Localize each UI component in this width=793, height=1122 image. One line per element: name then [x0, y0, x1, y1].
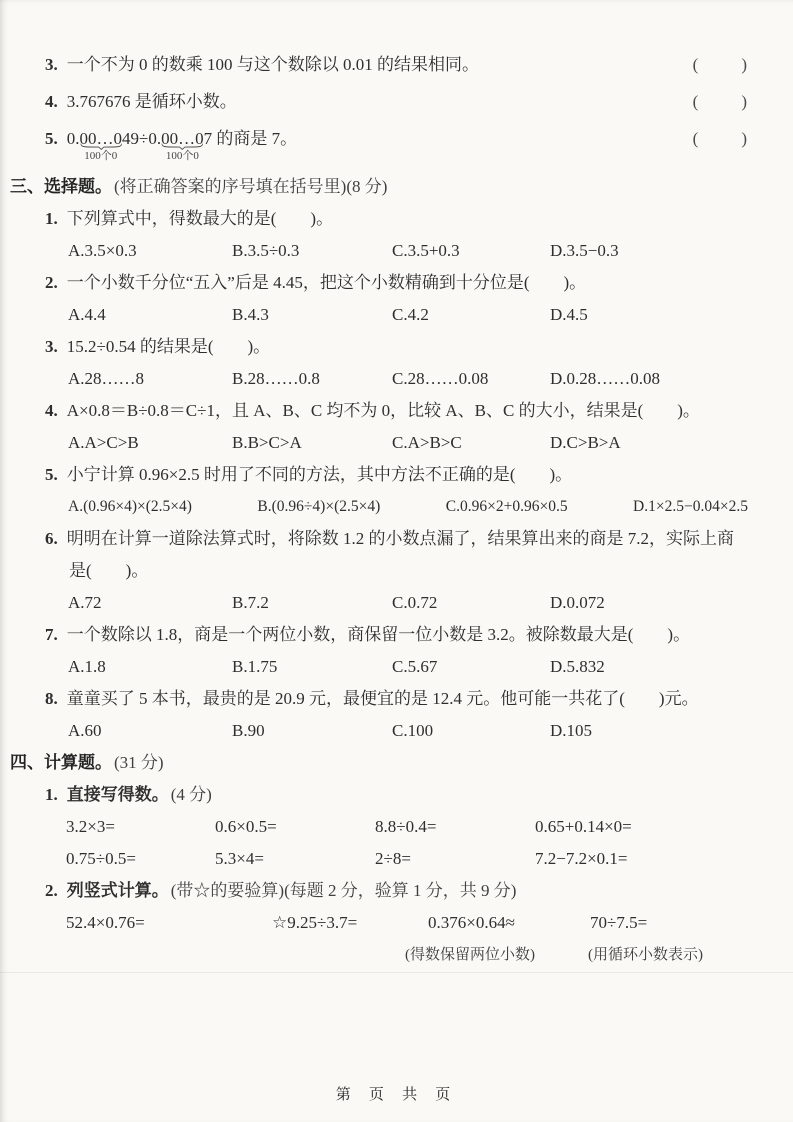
question-number: 4. — [45, 395, 58, 427]
section-heading-choice: 三、选择题。(将正确答案的序号填在括号里)(8 分) — [10, 171, 748, 203]
question-text: 一个不为 0 的数乘 100 与这个数除以 0.01 的结果相同。 — [67, 55, 479, 74]
option-d: D.3.5−0.3 — [550, 235, 748, 267]
option-a: A.4.4 — [68, 299, 232, 331]
question-text: 小宁计算 0.96×2.5 时用了不同的方法，其中方法不正确的是( )。 — [67, 459, 748, 491]
braced-zeros: 00…0100个0 — [161, 120, 204, 157]
option-row: A.60 B.90 C.100 D.105 — [45, 715, 748, 747]
option-a: A.60 — [68, 715, 232, 747]
calc-direct-write: 1. 直接写得数。(4 分) 3.2×3= 0.6×0.5= 8.8÷0.4= … — [45, 779, 748, 875]
option-b: B.1.75 — [232, 651, 392, 683]
calc-vertical: 2. 列竖式计算。(带☆的要验算)(每题 2 分，验算 1 分，共 9 分) 5… — [45, 875, 748, 971]
judge-question-5: 5.0.00…0100个049÷0.00…0100个07 的商是 7。 ( ) — [45, 120, 748, 157]
option-c: C.A>B>C — [392, 427, 550, 459]
option-c: C.4.2 — [392, 299, 550, 331]
underbrace-icon — [80, 143, 123, 150]
expression: 0.6×0.5= — [215, 811, 375, 843]
vertical-annotations-row: (得数保留两位小数) (用循环小数表示) — [45, 939, 748, 971]
option-d: D.105 — [550, 715, 748, 747]
option-a: A.3.5×0.3 — [68, 235, 232, 267]
question-number: 5. — [45, 129, 58, 148]
section-heading-calculation: 四、计算题。(31 分) — [10, 747, 748, 779]
option-row: A.28……8 B.28……0.8 C.28……0.08 D.0.28……0.0… — [45, 363, 748, 395]
question-text: 3.767676 是循环小数。 — [67, 92, 237, 111]
option-d: D.4.5 — [550, 299, 748, 331]
question-label: 直接写得数。 — [67, 785, 169, 804]
option-a: A.A>C>B — [68, 427, 232, 459]
judge-question-3: 3.一个不为 0 的数乘 100 与这个数除以 0.01 的结果相同。 ( ) — [45, 46, 748, 83]
option-d: D.1×2.5−0.04×2.5 — [633, 491, 748, 523]
expression: 52.4×0.76= — [66, 907, 272, 939]
vertical-problems-row: 52.4×0.76= ☆9.25÷3.7= 0.376×0.64≈ 70÷7.5… — [45, 907, 748, 939]
question-text: 童童买了 5 本书，最贵的是 20.9 元，最便宜的是 12.4 元。他可能一共… — [67, 683, 748, 715]
question-text: 0.00…0100个049÷0.00…0100个07 的商是 7。 — [67, 129, 297, 148]
option-row: A.3.5×0.3 B.3.5÷0.3 C.3.5+0.3 D.3.5−0.3 — [45, 235, 748, 267]
question-number: 4. — [45, 92, 58, 111]
option-a: A.72 — [68, 587, 232, 619]
question-text: 一个数除以 1.8，商是一个两位小数，商保留一位小数是 3.2。被除数最大是( … — [67, 619, 748, 651]
braced-zeros: 00…0100个0 — [80, 120, 123, 157]
option-b: B.3.5÷0.3 — [232, 235, 392, 267]
question-number: 2. — [45, 875, 58, 907]
option-d: D.0.28……0.08 — [550, 363, 748, 395]
mc-question-4: 4. A×0.8＝B÷0.8＝C÷1，且 A、B、C 均不为 0，比较 A、B、… — [45, 395, 748, 459]
option-c: C.0.96×2+0.96×0.5 — [446, 491, 568, 523]
option-row: A.1.8 B.1.75 C.5.67 D.5.832 — [45, 651, 748, 683]
mc-question-2: 2. 一个小数千分位“五入”后是 4.45，把这个小数精确到十分位是( )。 A… — [45, 267, 748, 331]
option-row: A.(0.96×4)×(2.5×4) B.(0.96÷4)×(2.5×4) C.… — [45, 491, 748, 523]
mc-question-6: 6. 明明在计算一道除法算式时，将除数 1.2 的小数点漏了，结果算出来的商是 … — [45, 523, 748, 619]
points-note: (带☆的要验算)(每题 2 分，验算 1 分，共 9 分) — [171, 881, 517, 900]
brace-label: 100个0 — [166, 151, 199, 162]
question-number: 6. — [45, 523, 58, 555]
question-text: A×0.8＝B÷0.8＝C÷1，且 A、B、C 均不为 0，比较 A、B、C 的… — [67, 395, 748, 427]
answer-bracket: ( ) — [693, 83, 748, 120]
question-number: 3. — [45, 55, 58, 74]
question-number: 8. — [45, 683, 58, 715]
option-b: B.4.3 — [232, 299, 392, 331]
mc-question-8: 8. 童童买了 5 本书，最贵的是 20.9 元，最便宜的是 12.4 元。他可… — [45, 683, 748, 747]
mc-question-3: 3. 15.2÷0.54 的结果是( )。 A.28……8 B.28……0.8 … — [45, 331, 748, 395]
expression: 5.3×4= — [215, 843, 375, 875]
expression: 0.75÷0.5= — [66, 843, 215, 875]
answer-bracket: ( ) — [693, 120, 748, 157]
expression: 3.2×3= — [66, 811, 215, 843]
section-note: (31 分) — [114, 753, 164, 772]
option-c: C.5.67 — [392, 651, 550, 683]
option-d: D.5.832 — [550, 651, 748, 683]
mc-question-5: 5. 小宁计算 0.96×2.5 时用了不同的方法，其中方法不正确的是( )。 … — [45, 459, 748, 523]
question-number: 7. — [45, 619, 58, 651]
test-paper-page: 3.一个不为 0 的数乘 100 与这个数除以 0.01 的结果相同。 ( ) … — [0, 0, 793, 1122]
expression: 0.376×0.64≈ — [428, 907, 590, 939]
option-a: A.(0.96×4)×(2.5×4) — [68, 491, 192, 523]
question-number: 5. — [45, 459, 58, 491]
option-d: D.0.072 — [550, 587, 748, 619]
option-row: A.4.4 B.4.3 C.4.2 D.4.5 — [45, 299, 748, 331]
expression: 2÷8= — [375, 843, 535, 875]
question-number: 3. — [45, 331, 58, 363]
option-row: A.A>C>B B.B>C>A C.A>B>C D.C>B>A — [45, 427, 748, 459]
question-text: 下列算式中，得数最大的是( )。 — [67, 203, 748, 235]
option-b: B.28……0.8 — [232, 363, 392, 395]
expression: 0.65+0.14×0= — [535, 811, 748, 843]
question-text: 一个小数千分位“五入”后是 4.45，把这个小数精确到十分位是( )。 — [67, 267, 748, 299]
underbrace-icon — [161, 143, 204, 150]
question-label: 列竖式计算。 — [67, 881, 169, 900]
mc-question-1: 1. 下列算式中，得数最大的是( )。 A.3.5×0.3 B.3.5÷0.3 … — [45, 203, 748, 267]
option-c: C.28……0.08 — [392, 363, 550, 395]
expression: 7.2−7.2×0.1= — [535, 843, 748, 875]
expression: 70÷7.5= — [590, 907, 748, 939]
question-text-continued: 是( )。 — [45, 555, 748, 587]
page-footer: 第 页 共 页 — [0, 1083, 793, 1104]
option-c: C.0.72 — [392, 587, 550, 619]
brace-label: 100个0 — [84, 151, 117, 162]
option-row: A.72 B.7.2 C.0.72 D.0.072 — [45, 587, 748, 619]
judge-question-4: 4.3.767676 是循环小数。 ( ) — [45, 83, 748, 120]
option-a: A.28……8 — [68, 363, 232, 395]
question-text: 明明在计算一道除法算式时，将除数 1.2 的小数点漏了，结果算出来的商是 7.2… — [67, 523, 748, 555]
points-note: (4 分) — [171, 785, 212, 804]
annotation-repeating-decimal: (用循环小数表示) — [588, 939, 748, 971]
question-number: 2. — [45, 267, 58, 299]
question-number: 1. — [45, 203, 58, 235]
option-b: B.90 — [232, 715, 392, 747]
question-text: 15.2÷0.54 的结果是( )。 — [67, 331, 748, 363]
option-c: C.100 — [392, 715, 550, 747]
option-b: B.(0.96÷4)×(2.5×4) — [257, 491, 380, 523]
section-note: (将正确答案的序号填在括号里)(8 分) — [114, 177, 387, 196]
option-b: B.B>C>A — [232, 427, 392, 459]
direct-write-row-2: 0.75÷0.5= 5.3×4= 2÷8= 7.2−7.2×0.1= — [45, 843, 748, 875]
option-c: C.3.5+0.3 — [392, 235, 550, 267]
annotation-round-two-decimals: (得数保留两位小数) — [405, 939, 590, 971]
option-d: D.C>B>A — [550, 427, 748, 459]
expression: 8.8÷0.4= — [375, 811, 535, 843]
expression: ☆9.25÷3.7= — [272, 907, 428, 939]
answer-bracket: ( ) — [693, 46, 748, 83]
question-number: 1. — [45, 779, 58, 811]
mc-question-7: 7. 一个数除以 1.8，商是一个两位小数，商保留一位小数是 3.2。被除数最大… — [45, 619, 748, 683]
option-a: A.1.8 — [68, 651, 232, 683]
direct-write-row-1: 3.2×3= 0.6×0.5= 8.8÷0.4= 0.65+0.14×0= — [45, 811, 748, 843]
scan-divider-line — [0, 972, 793, 973]
option-b: B.7.2 — [232, 587, 392, 619]
